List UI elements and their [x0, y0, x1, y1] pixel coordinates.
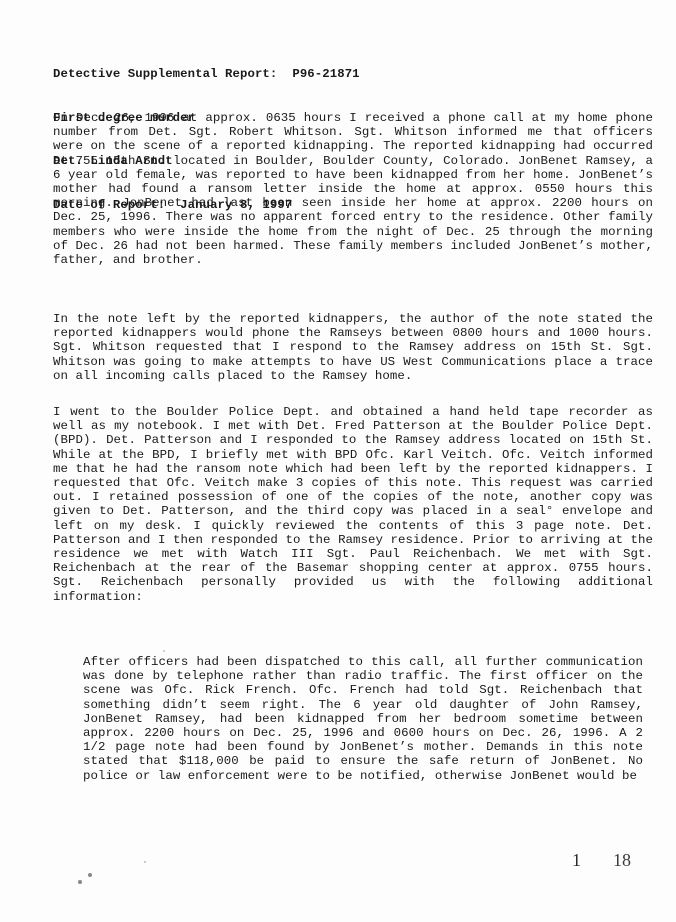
scan-speck: [88, 873, 92, 877]
scan-speck: [144, 861, 146, 863]
scanned-report-page: Detective Supplemental Report: P96-21871…: [0, 0, 676, 922]
page-number: 1: [572, 850, 581, 871]
report-title: Detective Supplemental Report: P96-21871: [53, 67, 360, 82]
paragraph-ransom-note-call-window: In the note left by the reported kidnapp…: [53, 312, 653, 383]
document-number: 18: [613, 850, 631, 871]
indented-quoted-information: After officers had been dispatched to th…: [83, 655, 643, 783]
scan-speck: [78, 880, 82, 884]
paragraph-response-to-residence: I went to the Boulder Police Dept. and o…: [53, 405, 653, 604]
scan-speck: [163, 650, 165, 652]
paragraph-initial-call: On Dec. 26, 1996 at approx. 0635 hours I…: [53, 111, 653, 267]
